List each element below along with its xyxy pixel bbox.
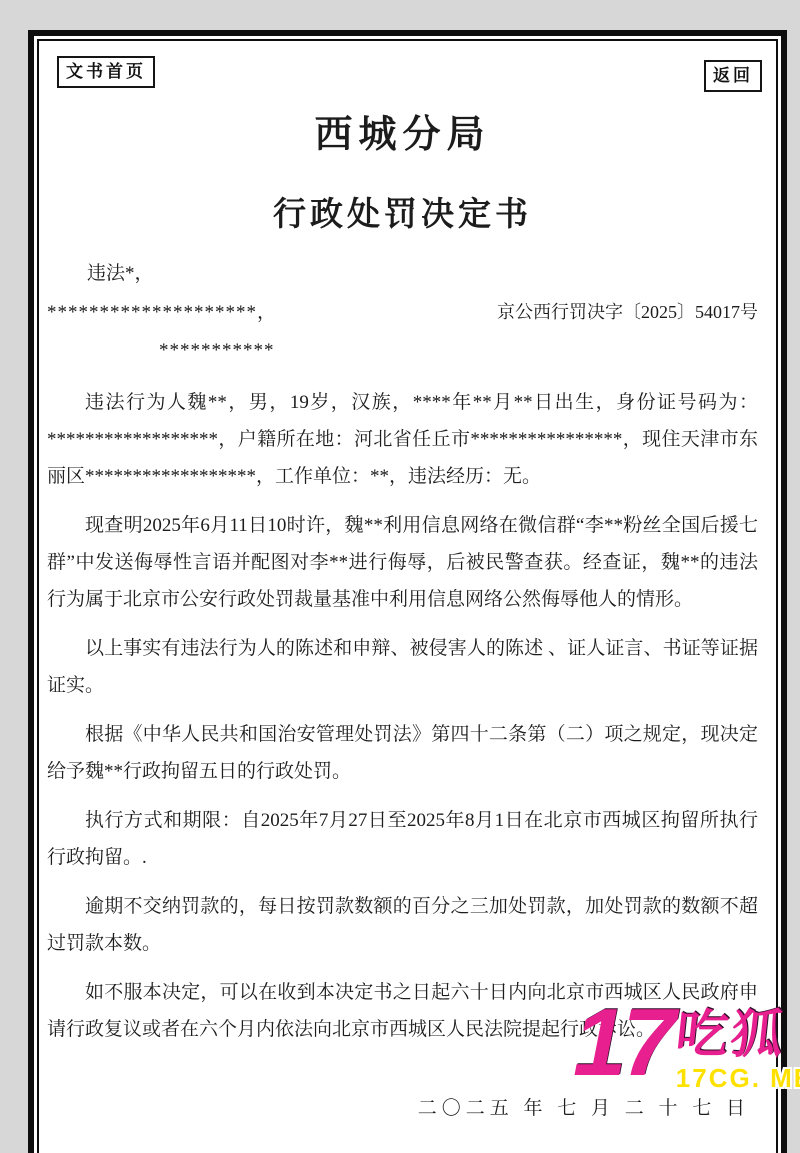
page-subtitle: 行政处罚决定书 bbox=[47, 188, 758, 235]
body-paragraph: 如不服本决定，可以在收到本决定书之日起六十日内向北京市西城区人民政府申请行政复议… bbox=[47, 974, 758, 1048]
doc-home-button[interactable]: 文书首页 bbox=[57, 56, 155, 88]
body-paragraph: 现查明2025年6月11日10时许，魏**利用信息网络在微信群“李**粉丝全国后… bbox=[47, 507, 758, 618]
document-paper: 文书首页 返回 西城分局 行政处罚决定书 违法*， **************… bbox=[37, 39, 778, 1153]
document-date: 二〇二五 年 七 月 二 十 七 日 bbox=[418, 1093, 750, 1120]
body-paragraph: 违法行为人魏**，男，19岁，汉族，****年**月**日出生，身份证号码为：*… bbox=[47, 384, 758, 495]
page-title: 西城分局 bbox=[47, 103, 758, 158]
case-header-block: 违法*， ********************， 京公西行罚决字〔2025〕… bbox=[47, 255, 758, 370]
masked-text-line: ********************， bbox=[47, 294, 277, 332]
document-frame: 文书首页 返回 西城分局 行政处罚决定书 违法*， **************… bbox=[28, 30, 787, 1153]
document-number: 京公西行罚决字〔2025〕54017号 bbox=[497, 293, 758, 331]
case-number-row: ********************， 京公西行罚决字〔2025〕54017… bbox=[47, 293, 758, 332]
case-intro-line: 违法*， bbox=[47, 255, 758, 293]
watermark-site-url: 17CG. ME bbox=[676, 1063, 800, 1094]
back-button[interactable]: 返回 bbox=[704, 60, 762, 92]
body-paragraph: 执行方式和期限：自2025年7月27日至2025年8月1日在北京市西城区拘留所执… bbox=[47, 802, 758, 876]
body-paragraph: 根据《中华人民共和国治安管理处罚法》第四十二条第（二）项之规定，现决定给予魏**… bbox=[47, 716, 758, 790]
document-body: 违法行为人魏**，男，19岁，汉族，****年**月**日出生，身份证号码为：*… bbox=[47, 384, 758, 1048]
masked-text-line: *********** bbox=[159, 340, 275, 361]
page-background: { "toolbar": { "home_label": "文书首页", "ba… bbox=[0, 0, 800, 1153]
body-paragraph: 逾期不交纳罚款的，每日按罚款数额的百分之三加处罚款，加处罚款的数额不超过罚款本数… bbox=[47, 888, 758, 962]
body-paragraph: 以上事实有违法行为人的陈述和申辩、被侵害人的陈述 、证人证言、书证等证据证实。 bbox=[47, 630, 758, 704]
